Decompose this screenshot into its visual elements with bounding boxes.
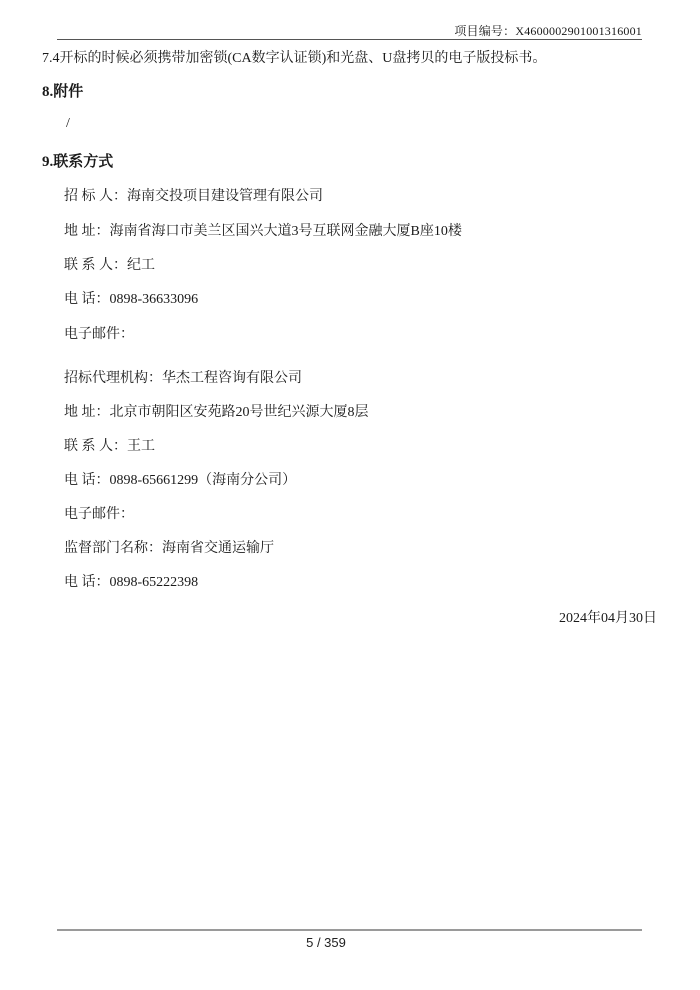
tenderer-phone-line: 电 话：0898-36633096 [64, 292, 198, 308]
tenderer-email-line: 电子邮件： [64, 327, 134, 343]
page-number: 5 / 359 [0, 935, 652, 950]
header-rule [57, 39, 642, 40]
document-page: 项目编号：X4600002901001316001 7.4开标的时候必须携带加密… [0, 0, 700, 990]
tenderer-line: 招 标 人：海南交投项目建设管理有限公司 [64, 189, 323, 205]
agency-contact-line: 联 系 人：王工 [64, 439, 155, 455]
heading-contact-info: 9.联系方式 [42, 154, 113, 171]
paragraph-7-4: 7.4开标的时候必须携带加密锁(CA数字认证锁)和光盘、U盘拷贝的电子版投标书。 [42, 51, 546, 67]
agency-phone-line: 电 话：0898-65661299（海南分公司） [64, 473, 296, 489]
footer-rule [57, 929, 642, 931]
agency-address-line: 地 址：北京市朝阳区安苑路20号世纪兴源大厦8层 [64, 405, 369, 421]
document-date: 2024年04月30日 [559, 607, 657, 627]
tenderer-contact-line: 联 系 人：纪工 [64, 258, 155, 274]
attachment-value: / [66, 116, 70, 132]
tenderer-address-line: 地 址：海南省海口市美兰区国兴大道3号互联网金融大厦B座10楼 [64, 224, 462, 240]
header-project-number: 项目编号：X4600002901001316001 [454, 22, 642, 39]
supervision-dept-line: 监督部门名称：海南省交通运输厅 [64, 541, 274, 557]
agency-email-line: 电子邮件： [64, 507, 134, 523]
heading-attachment: 8.附件 [42, 84, 83, 101]
supervision-phone-line: 电 话：0898-65222398 [64, 575, 198, 591]
agency-line: 招标代理机构：华杰工程咨询有限公司 [64, 371, 302, 387]
